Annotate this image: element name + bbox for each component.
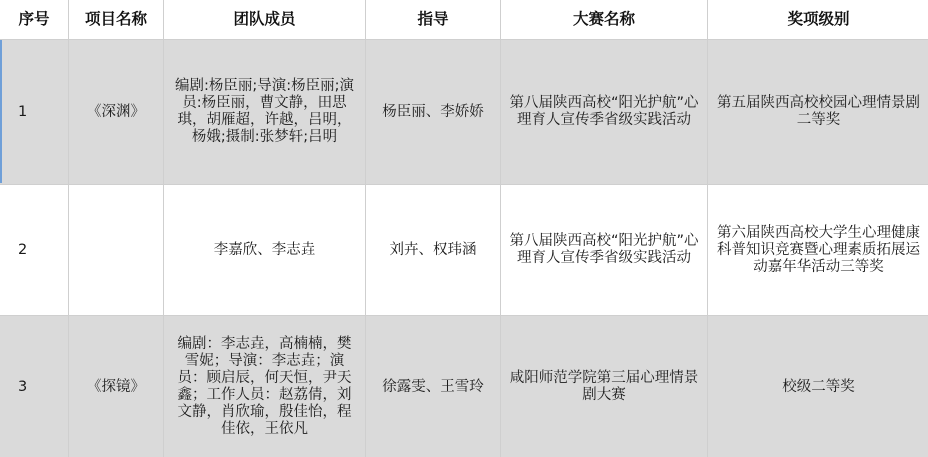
cell-project-name[interactable] (69, 185, 164, 316)
cell-competition-name[interactable]: 咸阳师范学院第三届心理情景剧大赛 (501, 316, 708, 457)
cell-team-members[interactable]: 李嘉欣、李志垚 (164, 185, 366, 316)
header-competition-name: 大赛名称 (501, 0, 708, 40)
cell-advisors[interactable]: 刘卉、权玮涵 (366, 185, 501, 316)
table-row: 2 李嘉欣、李志垚 刘卉、权玮涵 第八届陕西高校“阳光护航”心理育人宣传季省级实… (0, 185, 928, 316)
cell-team-members[interactable]: 编剧：李志垚，高楠楠，樊雪妮；导演：李志垚；演员：顾启辰，何天恒，尹天鑫；工作人… (164, 316, 366, 457)
table-row: 3 《探镜》 编剧：李志垚，高楠楠，樊雪妮；导演：李志垚；演员：顾启辰，何天恒，… (0, 316, 928, 457)
table-row: 1 《深渊》 编剧:杨臣丽;导演:杨臣丽;演员:杨臣丽，曹文静，田思琪，胡雁超，… (0, 40, 928, 185)
cell-team-members[interactable]: 编剧:杨臣丽;导演:杨臣丽;演员:杨臣丽，曹文静，田思琪，胡雁超，许越，吕明，杨… (164, 40, 366, 185)
cell-competition-name[interactable]: 第八届陕西高校“阳光护航”心理育人宣传季省级实践活动 (501, 40, 708, 185)
awards-table: 序号 项目名称 团队成员 指导 大赛名称 奖项级别 1 《深渊》 编剧:杨臣丽;… (0, 0, 928, 457)
header-advisors: 指导 (366, 0, 501, 40)
header-award-level: 奖项级别 (708, 0, 928, 40)
cell-award-level[interactable]: 校级二等奖 (708, 316, 928, 457)
header-row: 序号 项目名称 团队成员 指导 大赛名称 奖项级别 (0, 0, 928, 40)
cell-index[interactable]: 1 (0, 40, 69, 185)
cell-project-name[interactable]: 《探镜》 (69, 316, 164, 457)
cell-competition-name[interactable]: 第八届陕西高校“阳光护航”心理育人宣传季省级实践活动 (501, 185, 708, 316)
cell-award-level[interactable]: 第六届陕西高校大学生心理健康科普知识竞赛暨心理素质拓展运动嘉年华活动三等奖 (708, 185, 928, 316)
header-index: 序号 (0, 0, 69, 40)
header-team-members: 团队成员 (164, 0, 366, 40)
cell-index[interactable]: 2 (0, 185, 69, 316)
cell-award-level[interactable]: 第五届陕西高校校园心理情景剧二等奖 (708, 40, 928, 185)
row-selection-indicator (0, 40, 2, 183)
cell-index[interactable]: 3 (0, 316, 69, 457)
cell-advisors[interactable]: 徐露雯、王雪玲 (366, 316, 501, 457)
cell-project-name[interactable]: 《深渊》 (69, 40, 164, 185)
cell-advisors[interactable]: 杨臣丽、李娇娇 (366, 40, 501, 185)
header-project-name: 项目名称 (69, 0, 164, 40)
